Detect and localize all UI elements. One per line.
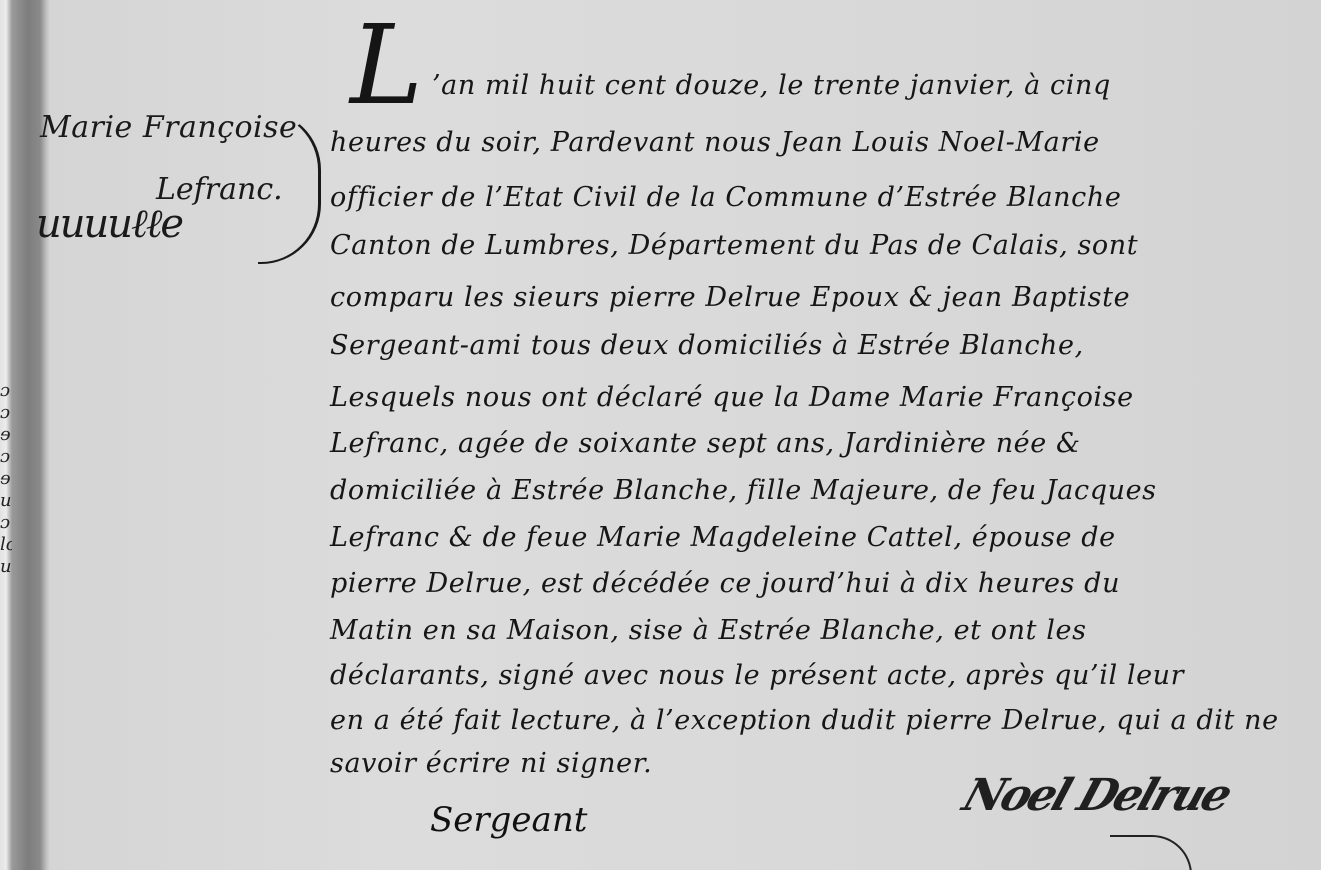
record-line-11: pierre Delrue, est décédée ce jourd’hui …	[330, 568, 1120, 599]
edge-mark: ɔ	[0, 446, 12, 468]
record-line-10: Lefranc & de feue Marie Magdeleine Catte…	[330, 522, 1116, 553]
record-line-5: comparu les sieurs pierre Delrue Epoux &…	[330, 282, 1130, 313]
record-line-1: ’an mil huit cent douze, le trente janvi…	[432, 70, 1111, 101]
edge-mark: u	[0, 556, 12, 578]
signature-officer: Noel Delrue	[957, 770, 1236, 821]
record-line-2: heures du soir, Pardevant nous Jean Loui…	[330, 127, 1100, 158]
record-line-6: Sergeant-ami tous deux domiciliés à Estr…	[330, 330, 1084, 361]
edge-mark: ɔ	[0, 512, 12, 534]
record-line-15: savoir écrire ni signer.	[330, 748, 652, 779]
edge-mark: u	[0, 490, 12, 512]
edge-mark: lo	[0, 534, 12, 556]
decorated-initial: L	[350, 10, 423, 120]
document-page: ɔ ɔ ɘ ɔ ɘ u ɔ lo u Marie Françoise Lefra…	[0, 0, 1321, 870]
record-line-12: Matin en sa Maison, sise à Estrée Blanch…	[330, 615, 1087, 646]
record-line-7: Lesquels nous ont déclaré que la Dame Ma…	[330, 382, 1134, 413]
signature-sergeant: Sergeant	[430, 800, 587, 840]
signature-flourish-icon	[1110, 835, 1192, 870]
record-line-8: Lefranc, agée de soixante sept ans, Jard…	[330, 428, 1081, 459]
adjacent-page-edge-text: ɔ ɔ ɘ ɔ ɘ u ɔ lo u	[0, 380, 12, 640]
margin-flourish: uuuuℓℓe	[36, 200, 182, 247]
record-line-4: Canton de Lumbres, Département du Pas de…	[330, 230, 1138, 261]
record-line-3: officier de l’Etat Civil de la Commune d…	[330, 182, 1121, 213]
margin-brace-icon	[258, 110, 321, 264]
record-line-9: domiciliée à Estrée Blanche, fille Majeu…	[330, 475, 1157, 506]
edge-mark: ɘ	[0, 468, 12, 490]
edge-mark: ɔ	[0, 402, 12, 424]
edge-mark: ɘ	[0, 424, 12, 446]
edge-mark: ɔ	[0, 380, 12, 402]
record-line-13: déclarants, signé avec nous le présent a…	[330, 660, 1184, 691]
record-line-14: en a été fait lecture, à l’exception dud…	[330, 705, 1279, 736]
